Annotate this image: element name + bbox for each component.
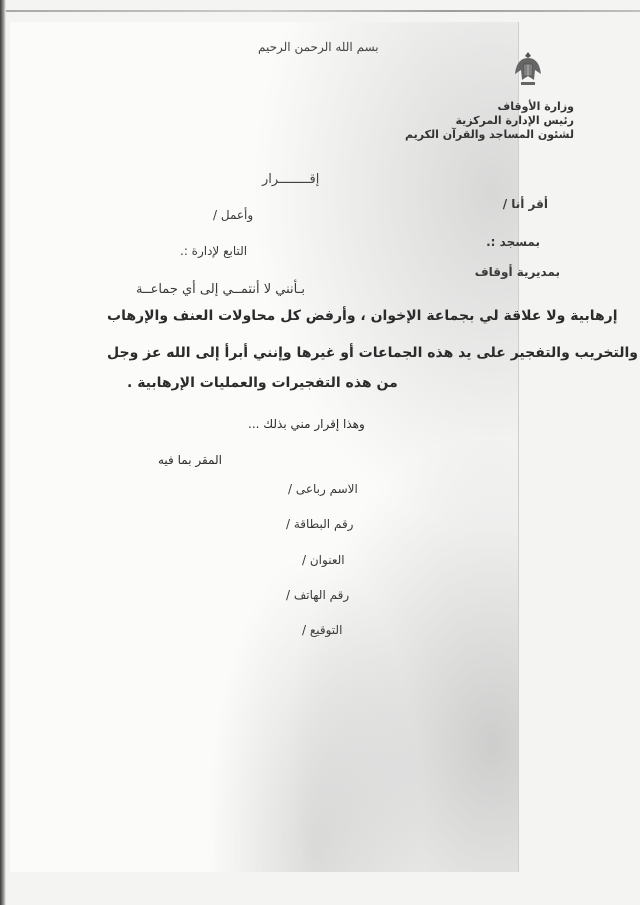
declarant-label: المقر بما فيه	[158, 453, 222, 467]
ministry-header: وزارة الأوقاف رئيس الإدارة المركزية لشئو…	[405, 100, 574, 142]
ministry-line: لشئون المساجد والقرآن الكريم	[405, 128, 574, 142]
mosque-label: بمسجد :.	[486, 235, 540, 249]
closing-line: وهذا إقرار مني بذلك ...	[248, 417, 365, 431]
document-title: إقــــــــرار	[262, 172, 319, 187]
body-line: إرهابية ولا علاقة لي بجماعة الإخوان ، وأ…	[107, 308, 618, 324]
paper-sheet	[10, 22, 519, 872]
directorate-label: بمديرية أوقاف	[475, 265, 560, 279]
administration-label: التابع لإدارة :.	[180, 244, 247, 258]
scan-top-line	[6, 10, 640, 12]
declaration-start: بـأنني لا أنتمــي إلى أي جماعــة	[136, 282, 305, 297]
body-line: والتخريب والتفجير على يد هذه الجماعات أو…	[107, 345, 638, 361]
id-number-field: رقم البطاقة /	[286, 517, 353, 531]
phone-field: رقم الهاتف /	[286, 588, 349, 602]
ministry-line: وزارة الأوقاف	[405, 100, 574, 114]
basmala: بسم الله الرحمن الرحيم	[258, 40, 379, 54]
declarant-name-label: أقر أنا /	[503, 197, 548, 211]
signature-field: التوقيع /	[302, 623, 342, 637]
egypt-eagle-emblem-icon	[513, 50, 543, 90]
ministry-line: رئيس الإدارة المركزية	[405, 114, 574, 128]
body-line: من هذه التفجيرات والعمليات الإرهابية .	[127, 375, 398, 391]
full-name-field: الاسم رباعى /	[288, 482, 358, 496]
job-label: وأعمل /	[213, 208, 253, 222]
scan-edge	[0, 0, 6, 905]
address-field: العنوان /	[302, 553, 345, 567]
